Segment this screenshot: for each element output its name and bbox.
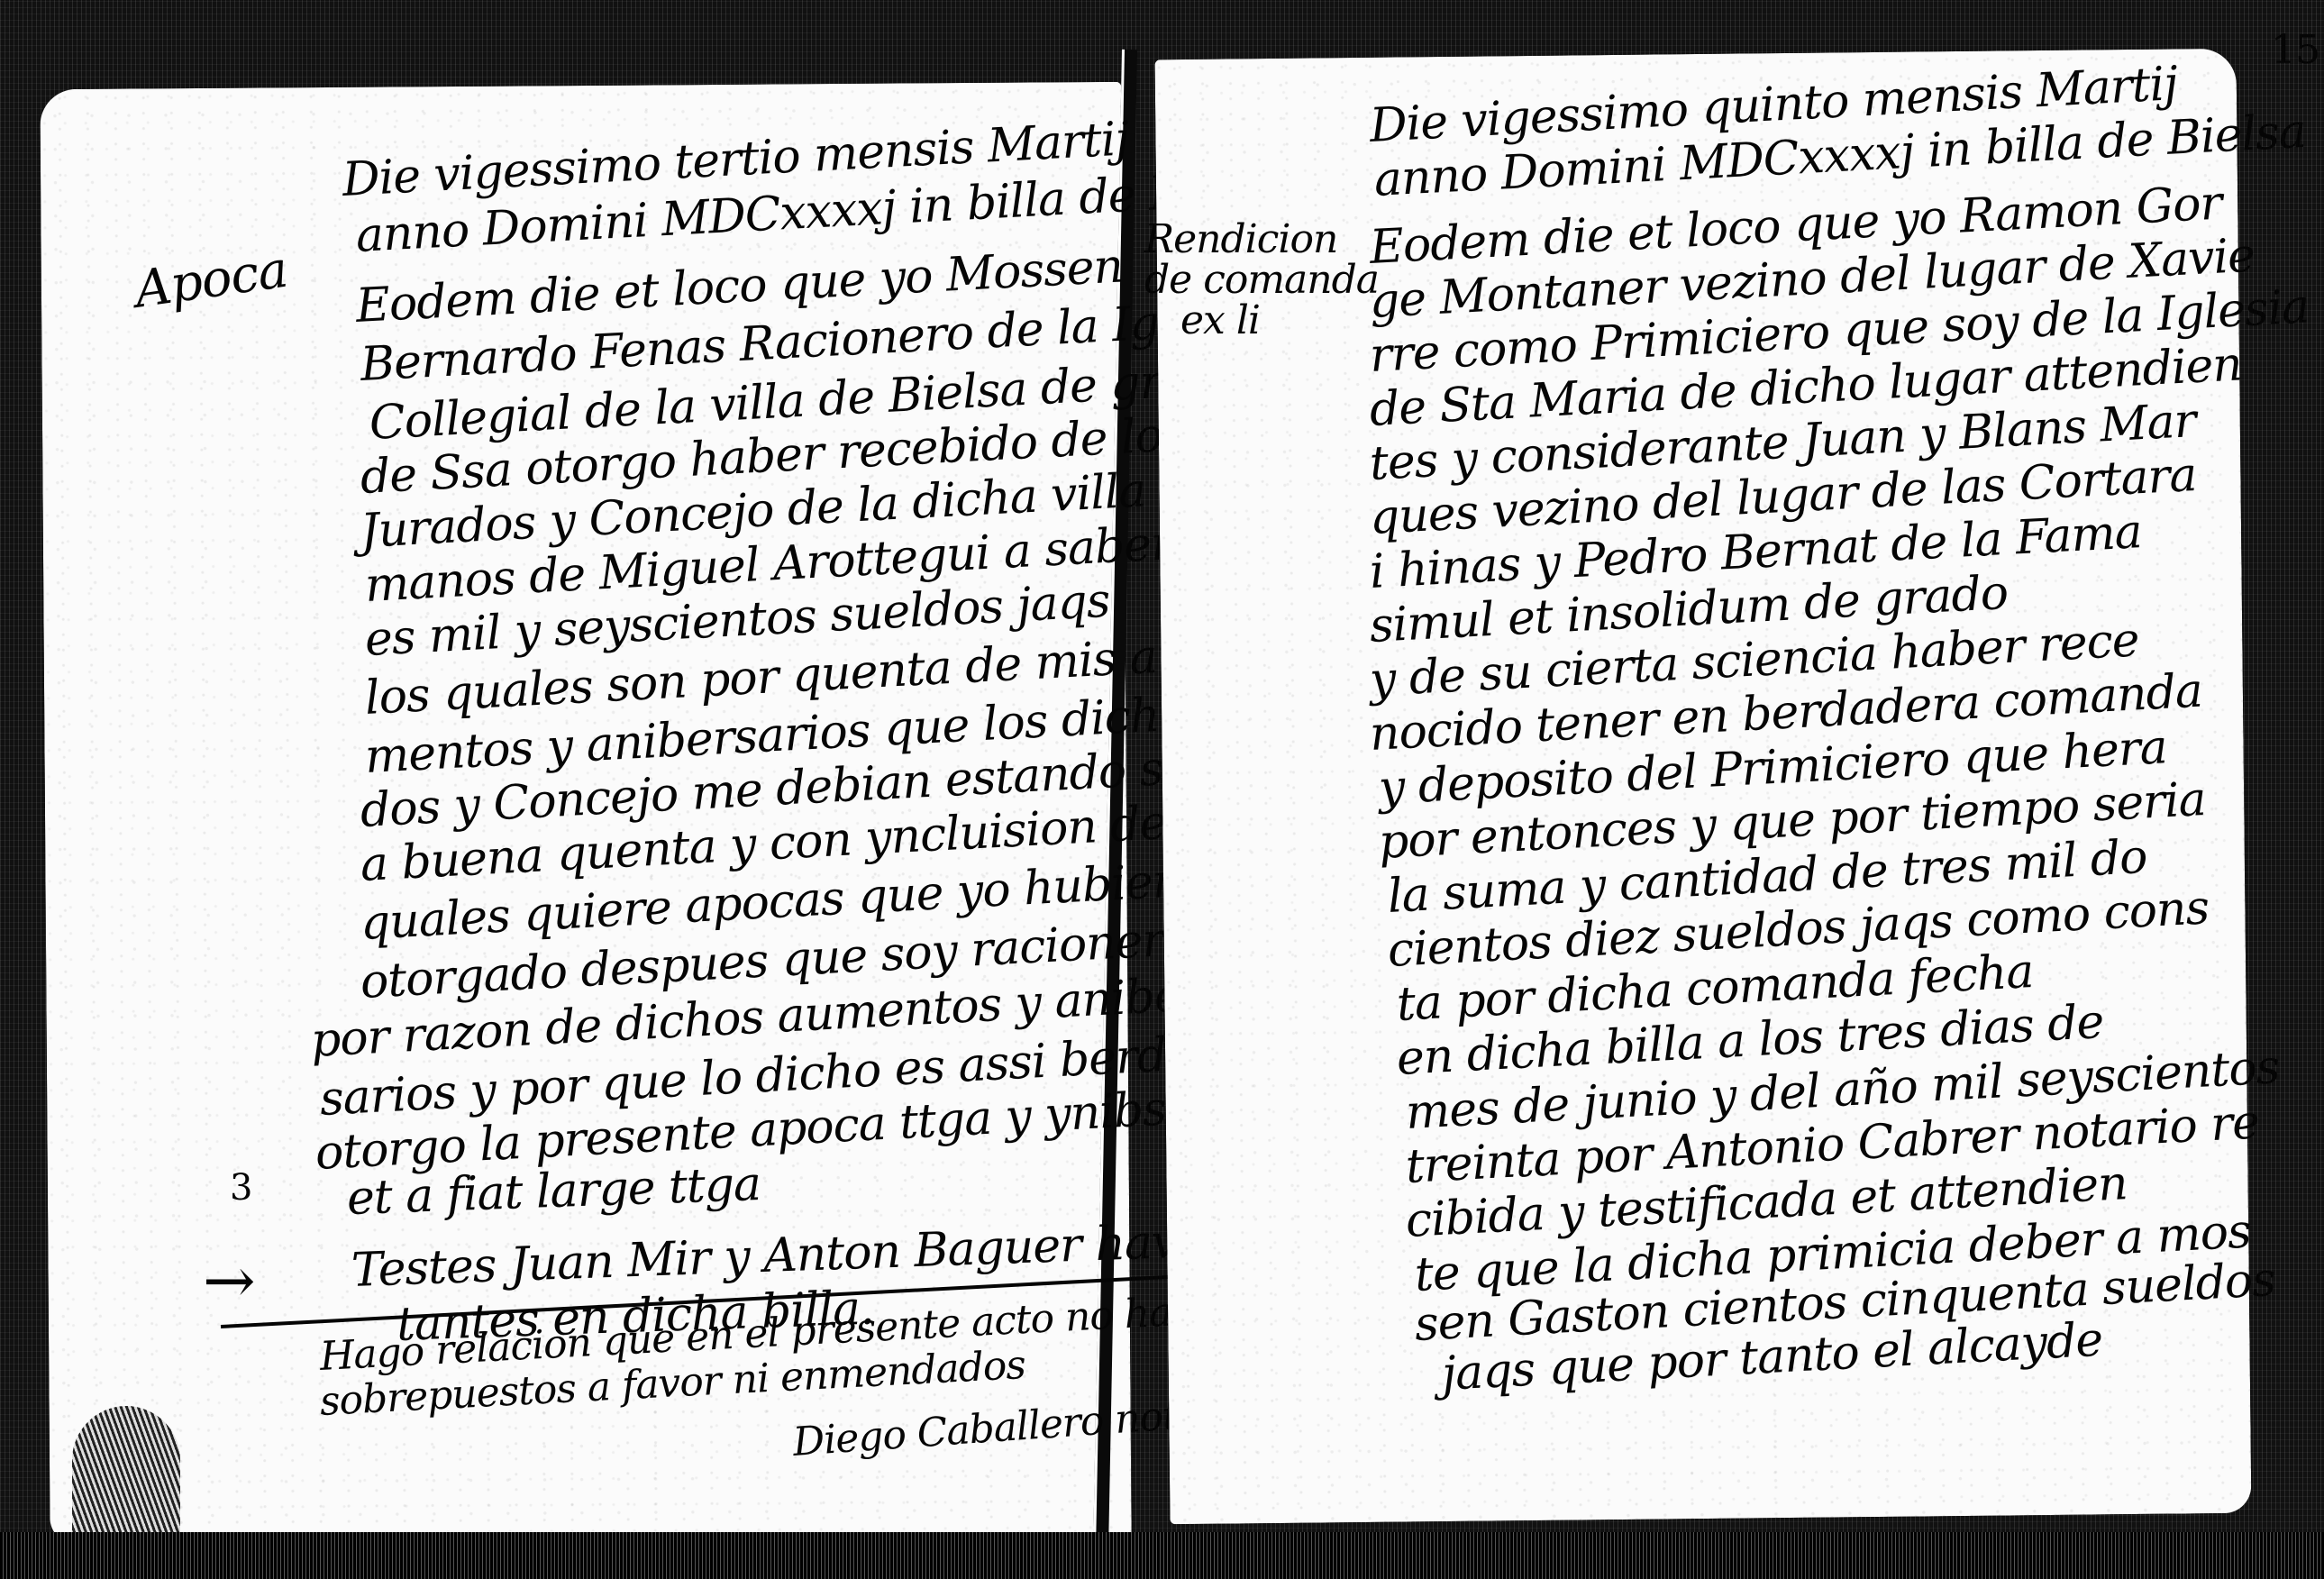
page-number: 15 <box>2271 27 2319 73</box>
right-margin-note-2: de comanda <box>1144 257 1379 303</box>
right-margin-note-1: Rendicion <box>1144 216 1337 262</box>
scan-bottom-edge <box>0 1532 2324 1579</box>
left-side-mark: 3 <box>230 1167 251 1209</box>
right-margin-note-3: ex li <box>1180 297 1260 343</box>
arrow-icon: → <box>203 1244 256 1318</box>
